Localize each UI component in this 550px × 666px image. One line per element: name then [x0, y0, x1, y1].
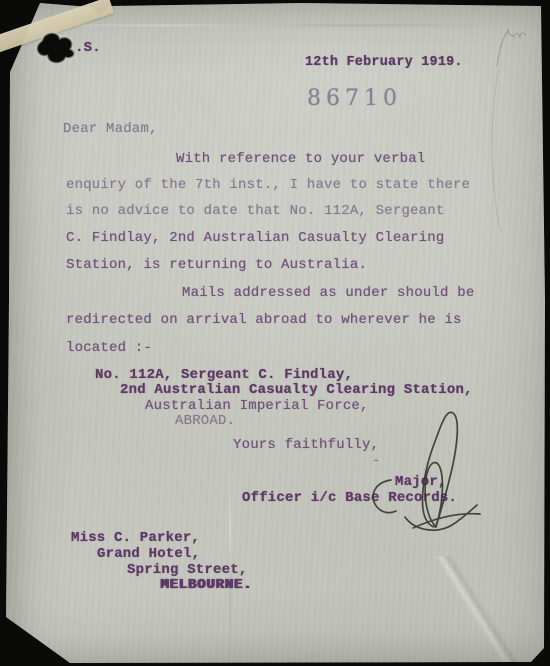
- torn-hole: [0, 0, 550, 666]
- scanned-letter-document: .S. 12th February 1919. 86710 Dear Madam…: [0, 0, 550, 666]
